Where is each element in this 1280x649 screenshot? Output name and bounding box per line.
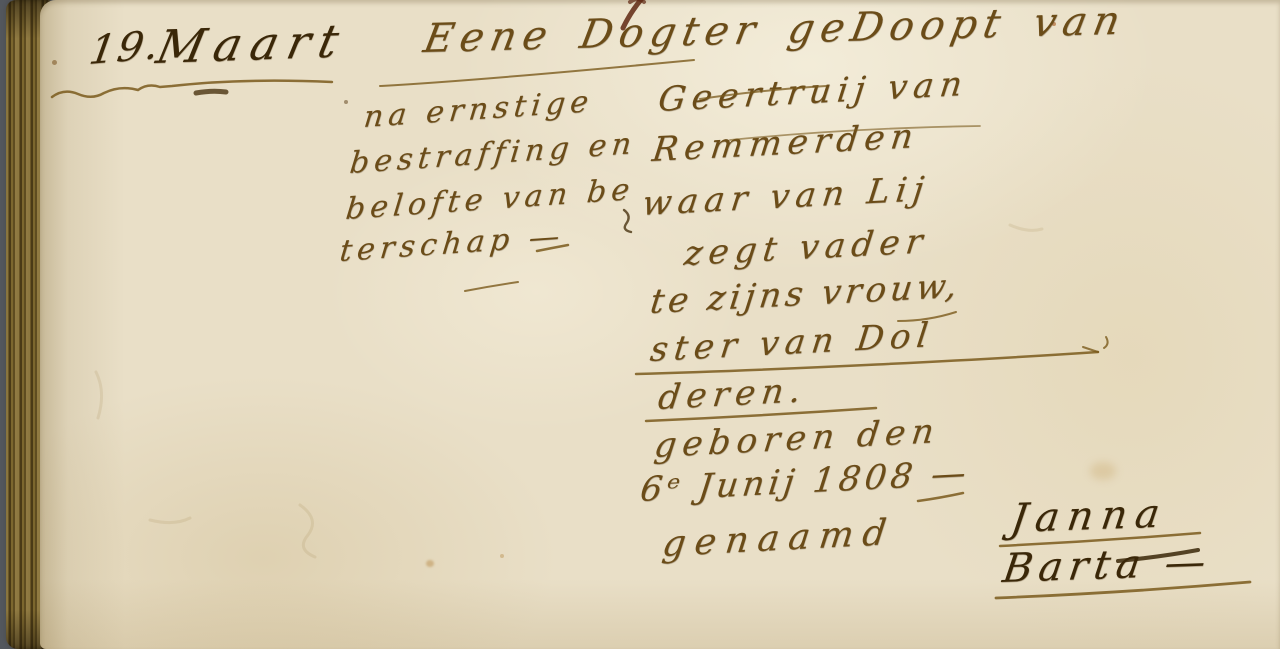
entry-month: Maart <box>152 13 353 74</box>
foxing-spot <box>344 100 348 104</box>
foxing-spot <box>1090 462 1116 480</box>
child-name-line: Janna <box>1008 491 1171 542</box>
child-name-line: Barta — <box>1000 539 1215 592</box>
foxing-spot <box>52 60 57 65</box>
foxing-spot <box>500 554 504 558</box>
register-line: deren. <box>656 370 809 418</box>
scanned-register-page: 19. Maart Eene Dogter geDoopt van na ern… <box>0 0 1280 649</box>
foxing-spot <box>426 560 434 567</box>
